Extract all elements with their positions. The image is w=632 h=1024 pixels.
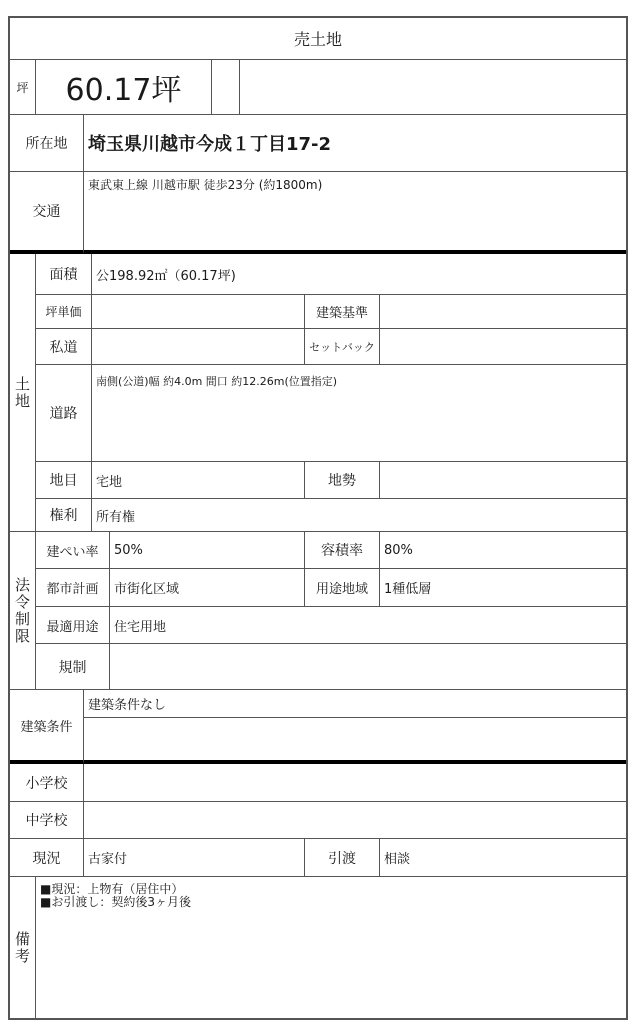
elementary-school-value [84, 764, 626, 802]
building-conditions-value2 [84, 718, 626, 764]
setback-value [380, 329, 626, 365]
regulation-value [110, 644, 626, 690]
property-sheet: 売土地 坪 60.17坪 所在地 埼玉県川越市今成１丁目17-2 交通 東武東上… [8, 16, 628, 1020]
building-conditions-value: 建築条件なし [84, 690, 626, 718]
location-value: 埼玉県川越市今成１丁目17-2 [84, 115, 626, 172]
private-road-label: 私道 [36, 329, 92, 365]
road-label: 道路 [36, 365, 92, 462]
building-standard-label: 建築基準 [305, 295, 380, 329]
building-conditions-label: 建築条件 [10, 690, 84, 764]
regulation-label: 規制 [36, 644, 110, 690]
location-label: 所在地 [10, 115, 84, 172]
junior-high-school-value [84, 802, 626, 839]
land-group-label: 土地 [10, 254, 36, 532]
current-status-value: 古家付 [84, 839, 305, 877]
area-value: 公198.92㎡（60.17坪) [92, 254, 626, 295]
land-group-text: 土地 [12, 376, 33, 410]
best-use-value: 住宅用地 [110, 607, 626, 644]
best-use-label: 最適用途 [36, 607, 110, 644]
use-district-value: 1種低層 [380, 569, 626, 607]
legal-group-text: 法令制限 [12, 577, 33, 645]
tsubo-value: 60.17坪 [36, 60, 212, 115]
terrain-label: 地勢 [305, 462, 380, 499]
elementary-school-label: 小学校 [10, 764, 84, 802]
building-standard-value [380, 295, 626, 329]
current-status-label: 現況 [10, 839, 84, 877]
transport-value: 東武東上線 川越市駅 徒歩23分 (約1800m) [84, 172, 626, 254]
land-category-value: 宅地 [92, 462, 305, 499]
rights-value: 所有権 [92, 499, 626, 532]
rights-label: 権利 [36, 499, 92, 532]
floor-area-ratio-label: 容積率 [305, 532, 380, 569]
setback-label: セットバック [305, 329, 380, 365]
unit-price-label: 坪単価 [36, 295, 92, 329]
handover-value: 相談 [380, 839, 626, 877]
private-road-value [92, 329, 305, 365]
handover-label: 引渡 [305, 839, 380, 877]
legal-group-label: 法令制限 [10, 532, 36, 690]
coverage-ratio-label: 建ぺい率 [36, 532, 110, 569]
terrain-value [380, 462, 626, 499]
tsubo-wide-cell [240, 60, 626, 115]
transport-label: 交通 [10, 172, 84, 254]
unit-price-value [92, 295, 305, 329]
remarks-label-text: 備考 [12, 931, 33, 965]
area-label: 面積 [36, 254, 92, 295]
city-planning-value: 市街化区域 [110, 569, 305, 607]
remarks-value: ■現況：上物有（居住中） ■お引渡し：契約後3ヶ月後 [36, 877, 626, 1018]
sheet-title: 売土地 [10, 18, 626, 60]
floor-area-ratio-value: 80% [380, 532, 626, 569]
junior-high-school-label: 中学校 [10, 802, 84, 839]
tsubo-label: 坪 [10, 60, 36, 115]
coverage-ratio-value: 50% [110, 532, 305, 569]
remarks-label: 備考 [10, 877, 36, 1018]
tsubo-extra-cell [212, 60, 240, 115]
land-category-label: 地目 [36, 462, 92, 499]
city-planning-label: 都市計画 [36, 569, 110, 607]
road-value: 南側(公道)幅 約4.0m 間口 約12.26m(位置指定) [92, 365, 626, 462]
use-district-label: 用途地域 [305, 569, 380, 607]
